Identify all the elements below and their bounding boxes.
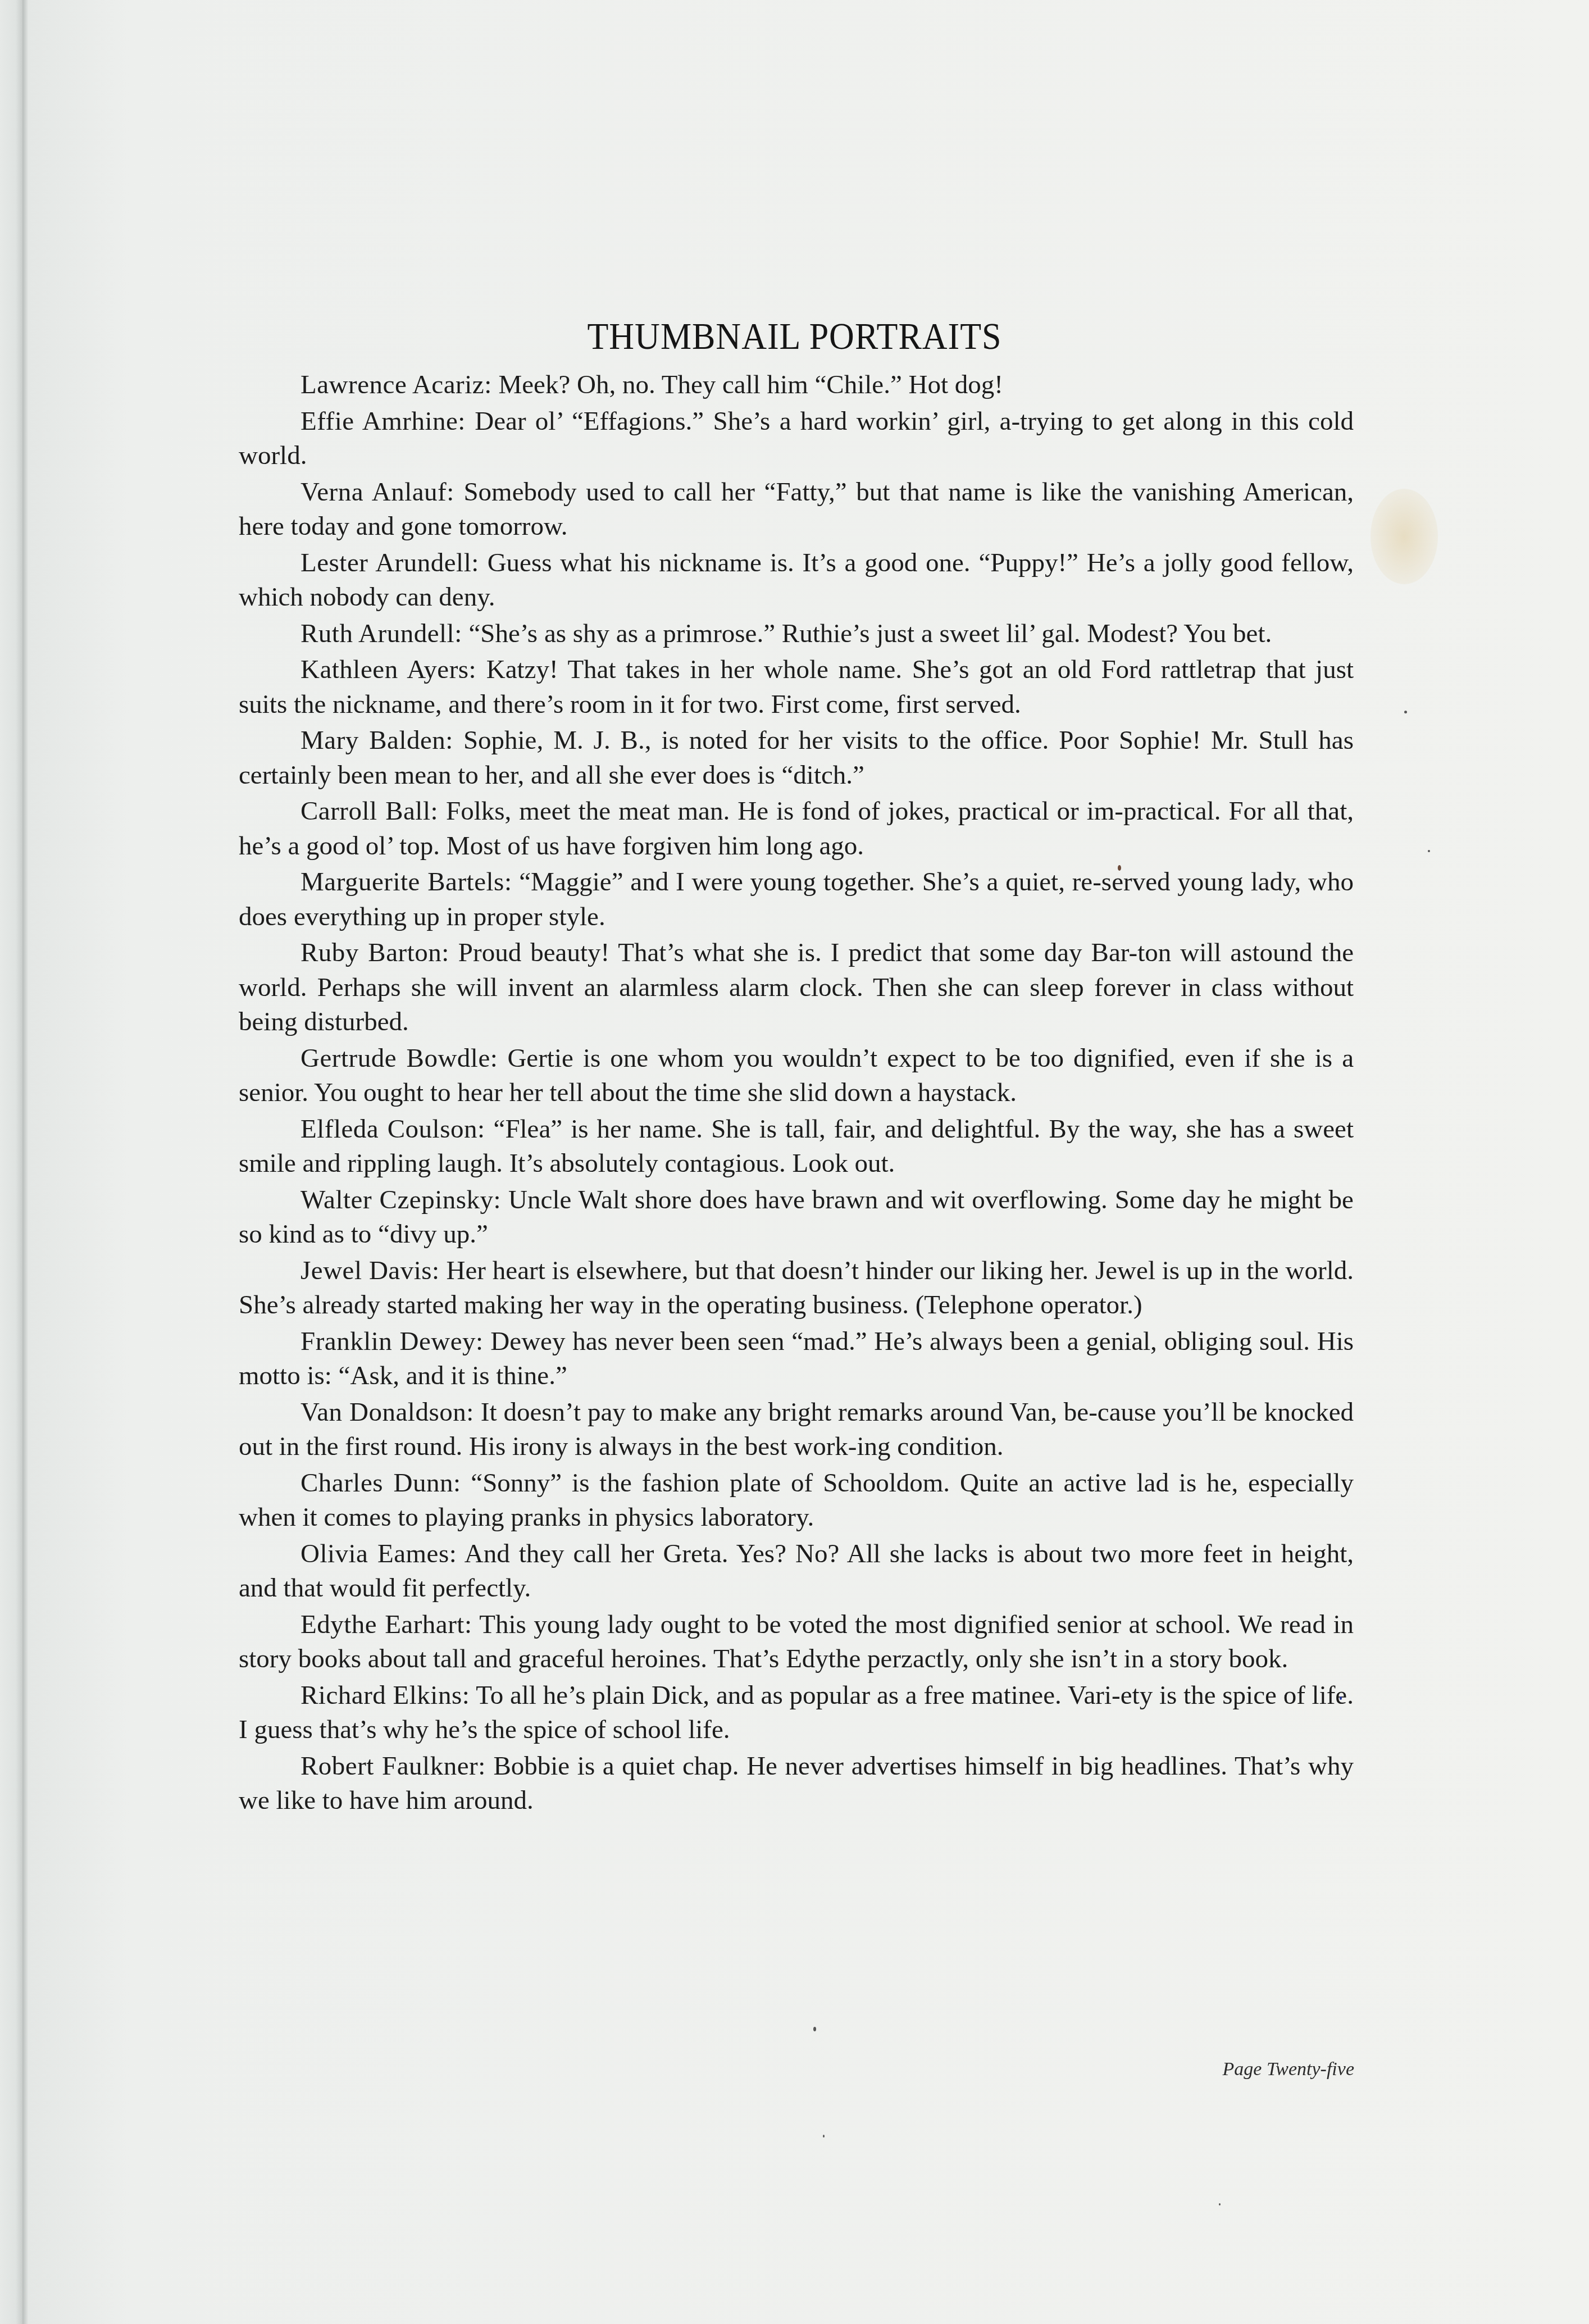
student-name: Charles Dunn:	[301, 1468, 461, 1498]
portrait-entry: Charles Dunn: “Sonny” is the fashion pla…	[239, 1466, 1354, 1535]
portrait-entry: Elfleda Coulson: “Flea” is her name. She…	[239, 1112, 1354, 1181]
portrait-entry: Olivia Eames: And they call her Greta. Y…	[239, 1537, 1354, 1606]
student-name: Edythe Earhart:	[301, 1610, 472, 1639]
portrait-text: “She’s as shy as a primrose.” Ruthie’s j…	[468, 619, 1272, 648]
student-name: Marguerite Bartels:	[301, 867, 512, 897]
page-number: Page Twenty-five	[1223, 2059, 1354, 2080]
portrait-entry: Gertrude Bowdle: Gertie is one whom you …	[239, 1042, 1354, 1111]
portraits-list: Lawrence Acariz: Meek? Oh, no. They call…	[239, 368, 1354, 1820]
page-title: THUMBNAIL PORTRAITS	[0, 315, 1589, 358]
student-name: Walter Czepinsky:	[301, 1185, 501, 1215]
portrait-entry: Van Donaldson: It doesn’t pay to make an…	[239, 1395, 1354, 1465]
paper-speck	[823, 2135, 825, 2137]
portrait-entry: Marguerite Bartels: “Maggie” and I were …	[239, 865, 1354, 934]
student-name: Jewel Davis:	[301, 1256, 440, 1285]
portrait-entry: Richard Elkins: To all he’s plain Dick, …	[239, 1679, 1354, 1748]
portrait-entry: Lester Arundell: Guess what his nickname…	[239, 546, 1354, 615]
portrait-entry: Edythe Earhart: This young lady ought to…	[239, 1608, 1354, 1677]
student-name: Van Donaldson:	[301, 1398, 474, 1427]
student-name: Carroll Ball:	[301, 797, 438, 826]
student-name: Ruby Barton:	[301, 938, 449, 967]
portrait-entry: Mary Balden: Sophie, M. J. B., is noted …	[239, 724, 1354, 793]
student-name: Lester Arundell:	[301, 548, 479, 577]
student-name: Mary Balden:	[301, 726, 453, 755]
student-name: Olivia Eames:	[301, 1539, 457, 1568]
portrait-entry: Robert Faulkner: Bobbie is a quiet chap.…	[239, 1749, 1354, 1818]
student-name: Lawrence Acariz:	[301, 370, 492, 399]
paper-speck	[1118, 865, 1121, 871]
student-name: Robert Faulkner:	[301, 1752, 486, 1781]
portrait-entry: Walter Czepinsky: Uncle Walt shore does …	[239, 1183, 1354, 1252]
student-name: Kathleen Ayers:	[301, 655, 476, 684]
student-name: Franklin Dewey:	[301, 1327, 484, 1356]
portrait-entry: Lawrence Acariz: Meek? Oh, no. They call…	[239, 368, 1354, 403]
paper-stain	[1371, 489, 1438, 584]
paper-speck	[1219, 2203, 1221, 2205]
portrait-text: Meek? Oh, no. They call him “Chile.” Hot…	[498, 370, 1003, 399]
portrait-entry: Franklin Dewey: Dewey has never been see…	[239, 1325, 1354, 1394]
portrait-entry: Ruth Arundell: “She’s as shy as a primro…	[239, 617, 1354, 652]
student-name: Verna Anlauf:	[301, 477, 454, 507]
portrait-entry: Verna Anlauf: Somebody used to call her …	[239, 475, 1354, 544]
student-name: Richard Elkins:	[301, 1681, 470, 1710]
paper-speck	[1428, 850, 1430, 852]
student-name: Effie Amrhine:	[301, 407, 466, 436]
student-name: Gertrude Bowdle:	[301, 1044, 498, 1073]
portrait-entry: Carroll Ball: Folks, meet the meat man. …	[239, 794, 1354, 863]
student-name: Elfleda Coulson:	[301, 1115, 485, 1144]
portrait-entry: Kathleen Ayers: Katzy! That takes in her…	[239, 653, 1354, 722]
paper-speck	[813, 2027, 816, 2031]
paper-speck	[1404, 711, 1407, 713]
portrait-entry: Ruby Barton: Proud beauty! That’s what s…	[239, 936, 1354, 1040]
portrait-entry: Effie Amrhine: Dear ol’ “Effagions.” She…	[239, 404, 1354, 474]
paper-speck	[1340, 1697, 1342, 1700]
student-name: Ruth Arundell:	[301, 619, 462, 648]
portrait-entry: Jewel Davis: Her heart is elsewhere, but…	[239, 1254, 1354, 1323]
